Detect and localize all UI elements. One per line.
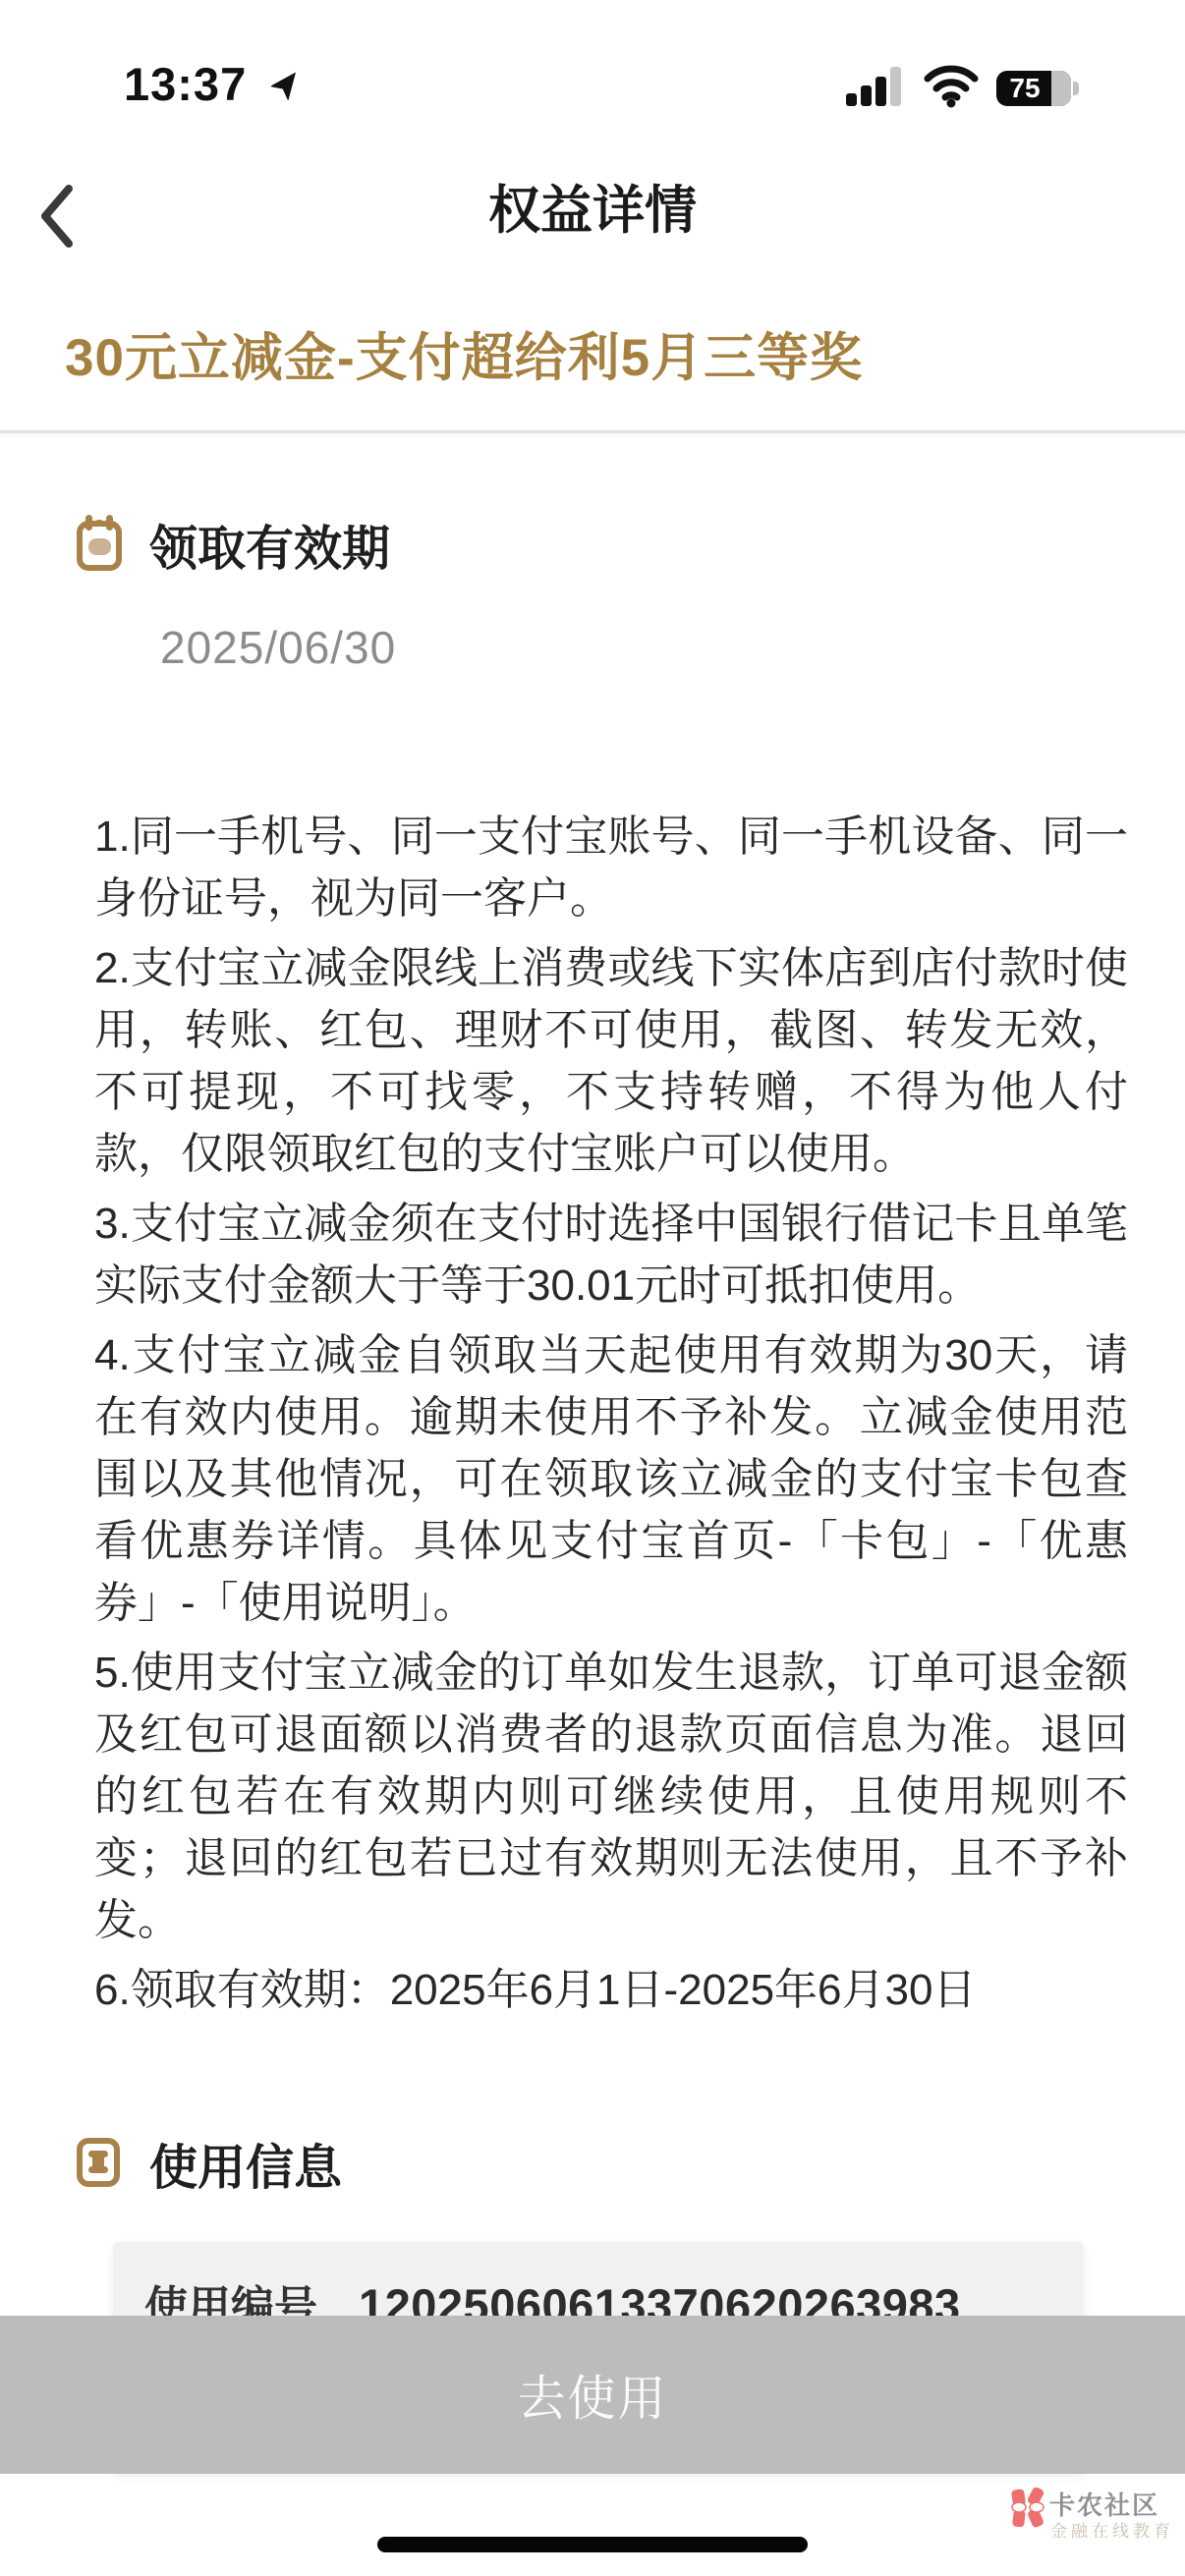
- terms-paragraph: 5.使用支付宝立减金的订单如发生退款，订单可退金额及红包可退面额以消费者的退款页…: [94, 1642, 1128, 1951]
- receipt-icon: [77, 2138, 120, 2187]
- use-now-label: 去使用: [517, 2361, 667, 2430]
- watermark-logo-icon: [1010, 2488, 1045, 2529]
- terms-text: 1.同一手机号、同一支付宝账号、同一手机设备、同一身份证号，视为同一客户。 2.…: [94, 806, 1128, 2029]
- use-now-button[interactable]: 去使用: [0, 2316, 1185, 2474]
- battery-icon: 75: [996, 71, 1079, 106]
- benefit-title: 30元立减金-支付超给利5月三等奖: [65, 316, 1146, 391]
- calendar-icon: [77, 515, 122, 572]
- validity-section-title: 领取有效期: [149, 511, 390, 580]
- page-title: 权益详情: [0, 169, 1185, 244]
- terms-paragraph: 2.支付宝立减金限线上消费或线下实体店到店付款时使用，转账、红包、理财不可使用，…: [94, 937, 1128, 1185]
- terms-paragraph: 1.同一手机号、同一支付宝账号、同一手机设备、同一身份证号，视为同一客户。: [94, 806, 1128, 929]
- wifi-icon: [922, 63, 981, 108]
- location-arrow-icon: [271, 67, 303, 100]
- header-divider: [0, 430, 1185, 433]
- terms-paragraph: 6.领取有效期：2025年6月1日-2025年6月30日: [94, 1959, 1128, 2021]
- battery-percent: 75: [996, 71, 1053, 106]
- terms-paragraph: 3.支付宝立减金须在支付时选择中国银行借记卡且单笔实际支付金额大于等于30.01…: [94, 1193, 1128, 1316]
- watermark: 卡农社区 金融在线教育: [1010, 2486, 1157, 2548]
- terms-paragraph: 4.支付宝立减金自领取当天起使用有效期为30天，请在有效内使用。逾期未使用不予补…: [94, 1324, 1128, 1634]
- usage-section-title: 使用信息: [149, 2130, 342, 2199]
- cellular-signal-icon: [846, 67, 901, 106]
- status-time: 13:37: [124, 57, 247, 111]
- home-indicator-handle[interactable]: [377, 2537, 808, 2552]
- benefit-detail-screen: 13:37 75 权益详情 30元立减金-支付超给利5月三等奖 领取有效期 20…: [0, 0, 1185, 2576]
- validity-date: 2025/06/30: [160, 621, 396, 674]
- watermark-tagline: 金融在线教育: [1050, 2517, 1174, 2542]
